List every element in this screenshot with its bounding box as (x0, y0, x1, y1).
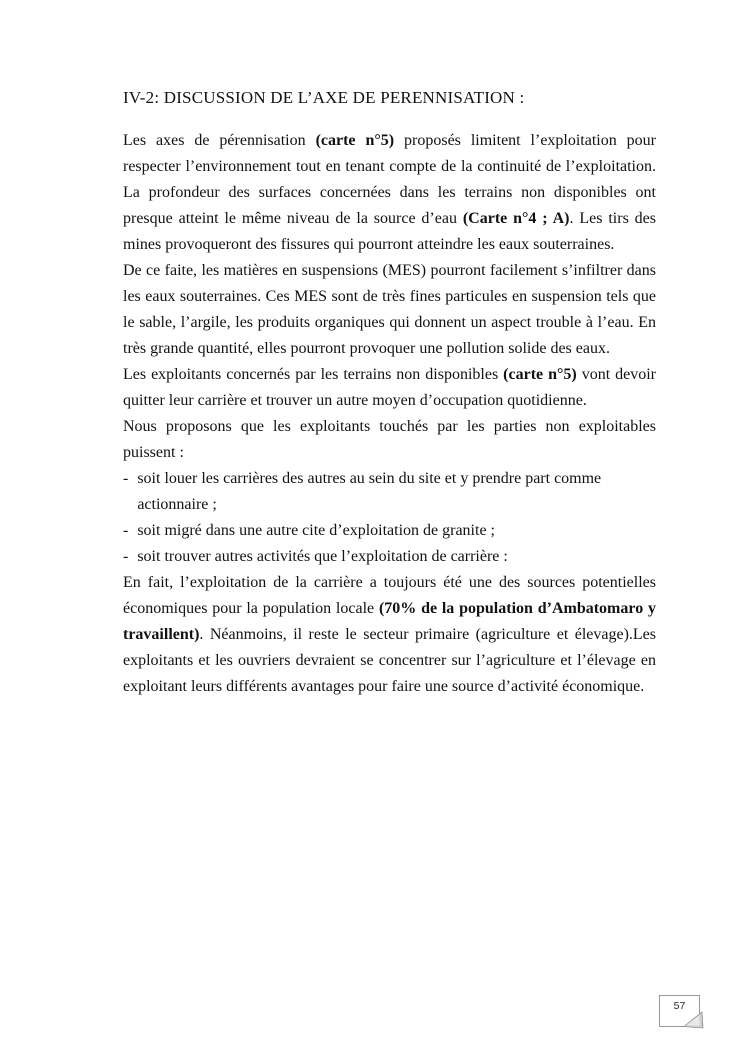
list-item-louer-carrieres: - soit louer les carrières des autres au… (123, 466, 656, 518)
list-item-autres-activites: - soit trouver autres activités que l’ex… (123, 544, 656, 570)
paragraph-propositions-intro: Nous proposons que les exploitants touch… (123, 414, 656, 466)
list-dash: - (123, 544, 128, 570)
paragraph-mes-infiltration: De ce faite, les matières en suspensions… (123, 258, 656, 362)
paragraph-axes-perennisation: Les axes de pérennisation (carte n°5) pr… (123, 128, 656, 258)
page-number: 57 (659, 1000, 700, 1012)
document-content: IV-2: DISCUSSION DE L’AXE DE PERENNISATI… (123, 86, 656, 700)
document-page: IV-2: DISCUSSION DE L’AXE DE PERENNISATI… (0, 0, 745, 1053)
list-dash: - (123, 518, 128, 544)
list-item-text: soit migré dans une autre cite d’exploit… (137, 518, 495, 544)
list-dash: - (123, 466, 128, 518)
paragraph-exploitants-concernes: Les exploitants concernés par les terrai… (123, 362, 656, 414)
paragraph-conclusion-economie: En fait, l’exploitation de la carrière a… (123, 570, 656, 700)
page-number-badge: 57 (659, 995, 705, 1033)
section-title: IV-2: DISCUSSION DE L’AXE DE PERENNISATI… (123, 86, 656, 110)
list-item-migrer-cite: - soit migré dans une autre cite d’explo… (123, 518, 656, 544)
list-item-text: soit trouver autres activités que l’expl… (137, 544, 508, 570)
list-item-text: soit louer les carrières des autres au s… (137, 466, 656, 518)
